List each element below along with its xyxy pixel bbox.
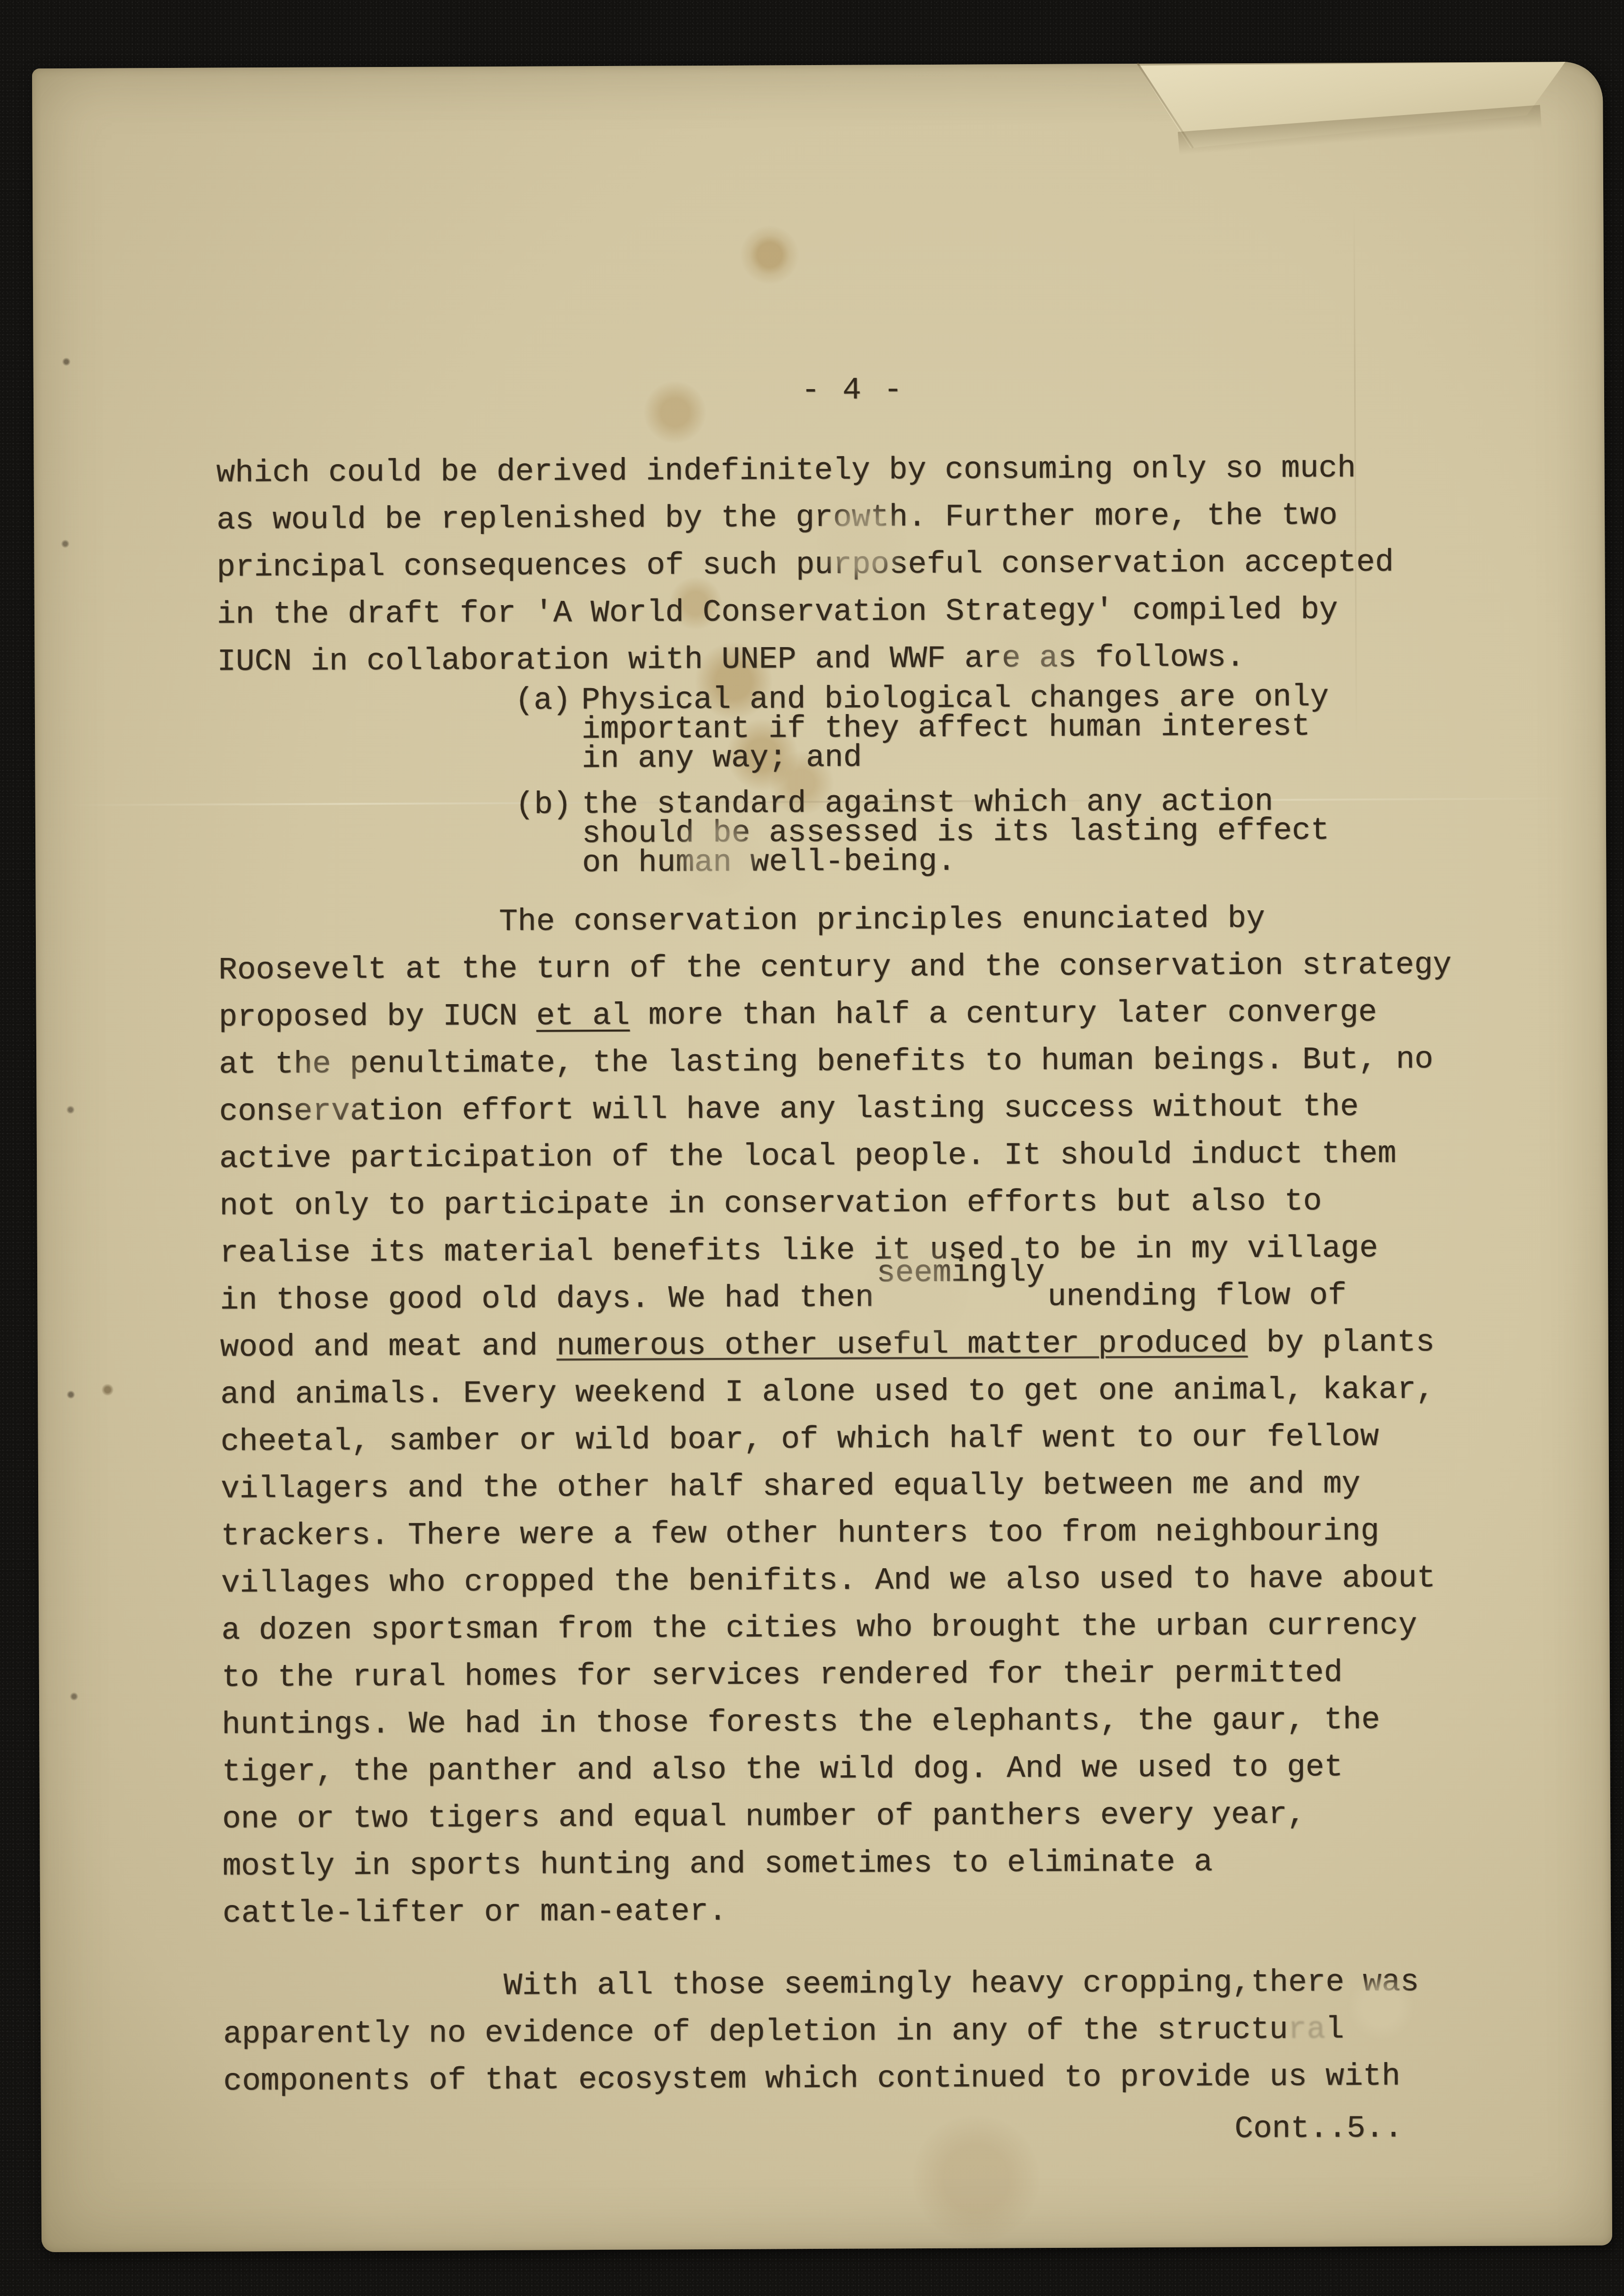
- line-segment: more than half a century later converge: [630, 995, 1377, 1033]
- typewritten-text: - 4 - which could be derived indefinitel…: [215, 62, 1497, 2157]
- body-line: villagers and the other half shared equa…: [221, 1460, 1494, 1513]
- pen-marked-phrase: numerous other useful matter produced: [557, 1325, 1248, 1364]
- faded-characters: ra: [1288, 2012, 1325, 2047]
- body-line: IUCN in collaboration with UNEP and WWF …: [217, 633, 1491, 686]
- body-line: villages who cropped the benifits. And w…: [221, 1555, 1495, 1607]
- scanned-document: { "page": { "number_label": "- 4 -", "fo…: [0, 0, 1624, 2296]
- body-line: trackers. There were a few other hunters…: [221, 1507, 1494, 1560]
- body-line: conservation effort will have any lastin…: [219, 1083, 1492, 1136]
- body-line-with-underline: proposed by IUCN et al more than half a …: [218, 989, 1492, 1041]
- body-line: in the draft for 'A World Conservation S…: [217, 586, 1491, 639]
- line-segment: proposed by IUCN: [219, 998, 537, 1035]
- line-segment: by plants: [1248, 1324, 1434, 1361]
- body-line: principal consequences of such purposefu…: [217, 539, 1490, 591]
- page-number: - 4 -: [216, 364, 1490, 417]
- body-line: and animals. Every weekend I alone used …: [220, 1366, 1494, 1419]
- list-item-a: (a) Physical and biological changes are …: [515, 682, 1491, 774]
- body-line: With all those seemingly heavy cropping,…: [223, 1958, 1496, 2011]
- body-line-with-insertion: in those good old days. We had thenseemi…: [220, 1272, 1493, 1324]
- line-segment: l: [1325, 2012, 1344, 2047]
- paragraph-3: With all those seemingly heavy cropping,…: [223, 1958, 1497, 2105]
- inserted-word-seemingly: seemingly: [876, 1249, 1045, 1297]
- body-line: realise its material benefits like it us…: [220, 1224, 1493, 1277]
- body-line: one or two tigers and equal number of pa…: [222, 1790, 1496, 1843]
- list-line: should be assessed is its lasting effect: [582, 815, 1491, 849]
- list-item-b: (b) the standard against which any actio…: [516, 786, 1492, 878]
- list-line: important if they affect human interest: [582, 711, 1491, 744]
- body-line-with-strike: wood and meat and numerous other useful …: [220, 1319, 1494, 1372]
- list-marker-b: (b): [516, 790, 572, 820]
- body-line: huntings. We had in those forests the el…: [222, 1696, 1495, 1749]
- list-line: in any way; and: [582, 740, 1491, 774]
- line-segment: apparently no evidence of depletion in a…: [223, 2012, 1288, 2052]
- document-page: - 4 - which could be derived indefinitel…: [32, 62, 1612, 2252]
- body-line: at the penultimate, the lasting benefits…: [219, 1036, 1492, 1089]
- paragraph-2: The conservation principles enunciated b…: [218, 894, 1497, 1938]
- body-line: not only to participate in conservation …: [219, 1177, 1493, 1230]
- body-line: The conservation principles enunciated b…: [218, 894, 1492, 947]
- body-line: active participation of the local people…: [219, 1130, 1493, 1183]
- line-segment: unending flow of: [1048, 1278, 1347, 1314]
- line-segment: in those good old days. We had then: [220, 1280, 874, 1318]
- body-line: as would be replenished by the growth. F…: [217, 491, 1490, 544]
- body-line: to the rural homes for services rendered…: [222, 1649, 1495, 1702]
- line-segment: wood and meat and: [220, 1328, 557, 1365]
- body-line: cattle-lifter or man-eater.: [223, 1885, 1496, 1938]
- body-line: Roosevelt at the turn of the century and…: [218, 941, 1492, 994]
- continuation-note: Cont..5..: [224, 2105, 1497, 2157]
- list-marker-a: (a): [515, 686, 571, 715]
- body-line: cheetal, samber or wild boar, of which h…: [220, 1413, 1494, 1466]
- body-line: a dozen sportsman from the cities who br…: [221, 1602, 1495, 1655]
- body-line: tiger, the panther and also the wild dog…: [222, 1743, 1495, 1796]
- underlined-et-al: et al: [536, 998, 630, 1034]
- paragraph-1: which could be derived indefinitely by c…: [216, 444, 1491, 686]
- body-line-with-faded-chars: apparently no evidence of depletion in a…: [223, 2005, 1497, 2058]
- body-line: which could be derived indefinitely by c…: [216, 444, 1490, 497]
- body-line: mostly in sports hunting and sometimes t…: [222, 1838, 1496, 1890]
- body-line: components of that ecosystem which conti…: [223, 2053, 1497, 2105]
- list-line: on human well-being.: [582, 845, 1491, 878]
